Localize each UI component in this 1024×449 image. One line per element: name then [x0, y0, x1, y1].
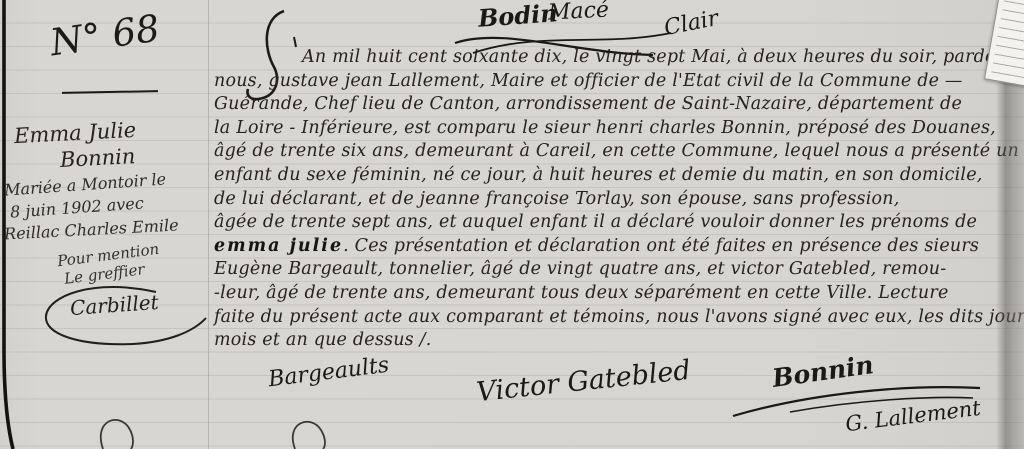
margin-separator-line — [208, 0, 209, 449]
act-line-continuation: . Ces présentation et déclaration ont ét… — [343, 236, 979, 256]
adjacent-paper-corner — [984, 0, 1024, 87]
act-line: mois et an que dessus /. — [214, 330, 1020, 354]
signature-bonnin: Bonnin — [770, 350, 875, 393]
signature-victor-gatebled: Victor Gatebled — [475, 355, 692, 408]
act-line-with-given-names: emma julie. Ces présentation et déclarat… — [214, 236, 1020, 260]
clerk-signature: Carbillet — [69, 290, 159, 320]
act-line: faite du présent acte aux comparant et t… — [214, 307, 1020, 331]
act-line: Eugène Bargeault, tonnelier, âgé de ving… — [214, 259, 1020, 283]
signature-clair: Clair — [662, 6, 720, 41]
next-act-partial-strokes — [85, 410, 335, 449]
act-line: la Loire - Inférieure, est comparu le si… — [214, 118, 1020, 142]
act-line: de lui déclarant, et de jeanne françoise… — [214, 189, 1020, 213]
signature-mace: Macé — [547, 0, 609, 26]
given-names-emphasized: emma julie — [214, 236, 343, 256]
act-line: âgée de trente sept ans, et auquel enfan… — [214, 212, 1020, 236]
margin-divider-line — [62, 90, 158, 94]
signature-lallement: G. Lallement — [844, 396, 982, 436]
child-name-line2: Bonnin — [59, 144, 136, 172]
signature-bodin: Bodin — [477, 0, 558, 33]
act-line: nous, gustave jean Lallement, Maire et o… — [214, 71, 1020, 95]
act-line: âgé de trente six ans, demeurant à Carei… — [214, 141, 1020, 165]
act-line: -leur, âgé de trente ans, demeurant tous… — [214, 283, 1020, 307]
signature-bargeaults: Bargeaults — [267, 353, 391, 393]
act-line: enfant du sexe féminin, né ce jour, à hu… — [214, 165, 1020, 189]
act-body-text: An mil huit cent soixante dix, le vingt … — [214, 47, 1020, 354]
scanned-birth-record-page: N° 68 Emma Julie Bonnin Mariée a Montoir… — [0, 0, 1024, 449]
act-line: An mil huit cent soixante dix, le vingt … — [214, 47, 1020, 71]
child-name-line1: Emma Julie — [13, 118, 136, 148]
act-number: N° 68 — [48, 7, 163, 65]
act-line: Guérande, Chef lieu de Canton, arrondiss… — [214, 94, 1020, 118]
